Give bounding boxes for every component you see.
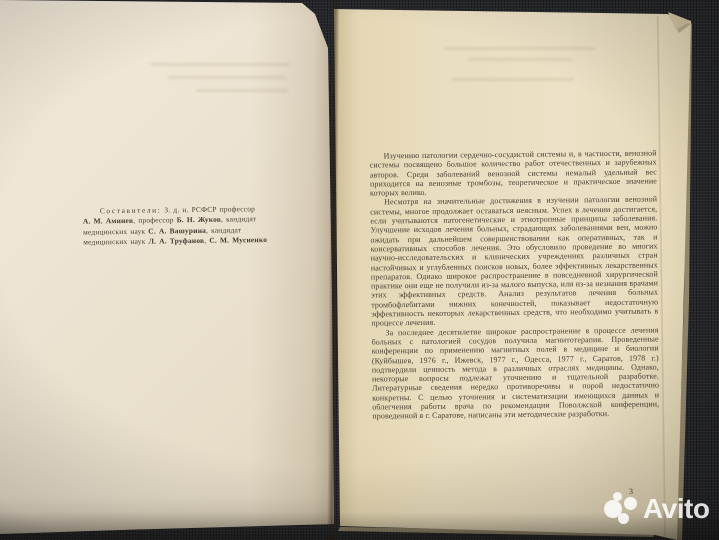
show-through-line [196,89,288,92]
show-through-line [468,58,572,61]
compiler-name: С. М. Мусиенко [209,235,267,245]
introduction-text: Изучению патологии сердечно-сосудистой с… [370,149,660,422]
show-through-line [452,78,574,81]
paragraph: За последнее десятилетие широкое распрос… [371,325,659,421]
show-through-line [168,76,286,79]
compiler-name: С. А. Вашурина [148,226,206,236]
paragraph: Несмотря на значительные достижения в из… [370,195,658,328]
show-through-line [150,63,290,66]
compiler-name: Б. Н. Жуков [177,215,221,225]
compilers-credit: Составители:З. д. н. РСФСР профессор А. … [83,203,308,248]
page-number: 3 [629,487,633,496]
compiler-name: А. М. Аминев [83,216,133,226]
credit-label: Составители: [100,205,162,215]
left-page [0,0,348,540]
paragraph: Изучению патологии сердечно-сосудистой с… [370,149,657,198]
book-photo: Составители:З. д. н. РСФСР профессор А. … [0,0,719,540]
compiler-name: Л. А. Труфанов [148,236,204,246]
bottom-shadow [0,512,719,540]
show-through-line [445,47,595,50]
